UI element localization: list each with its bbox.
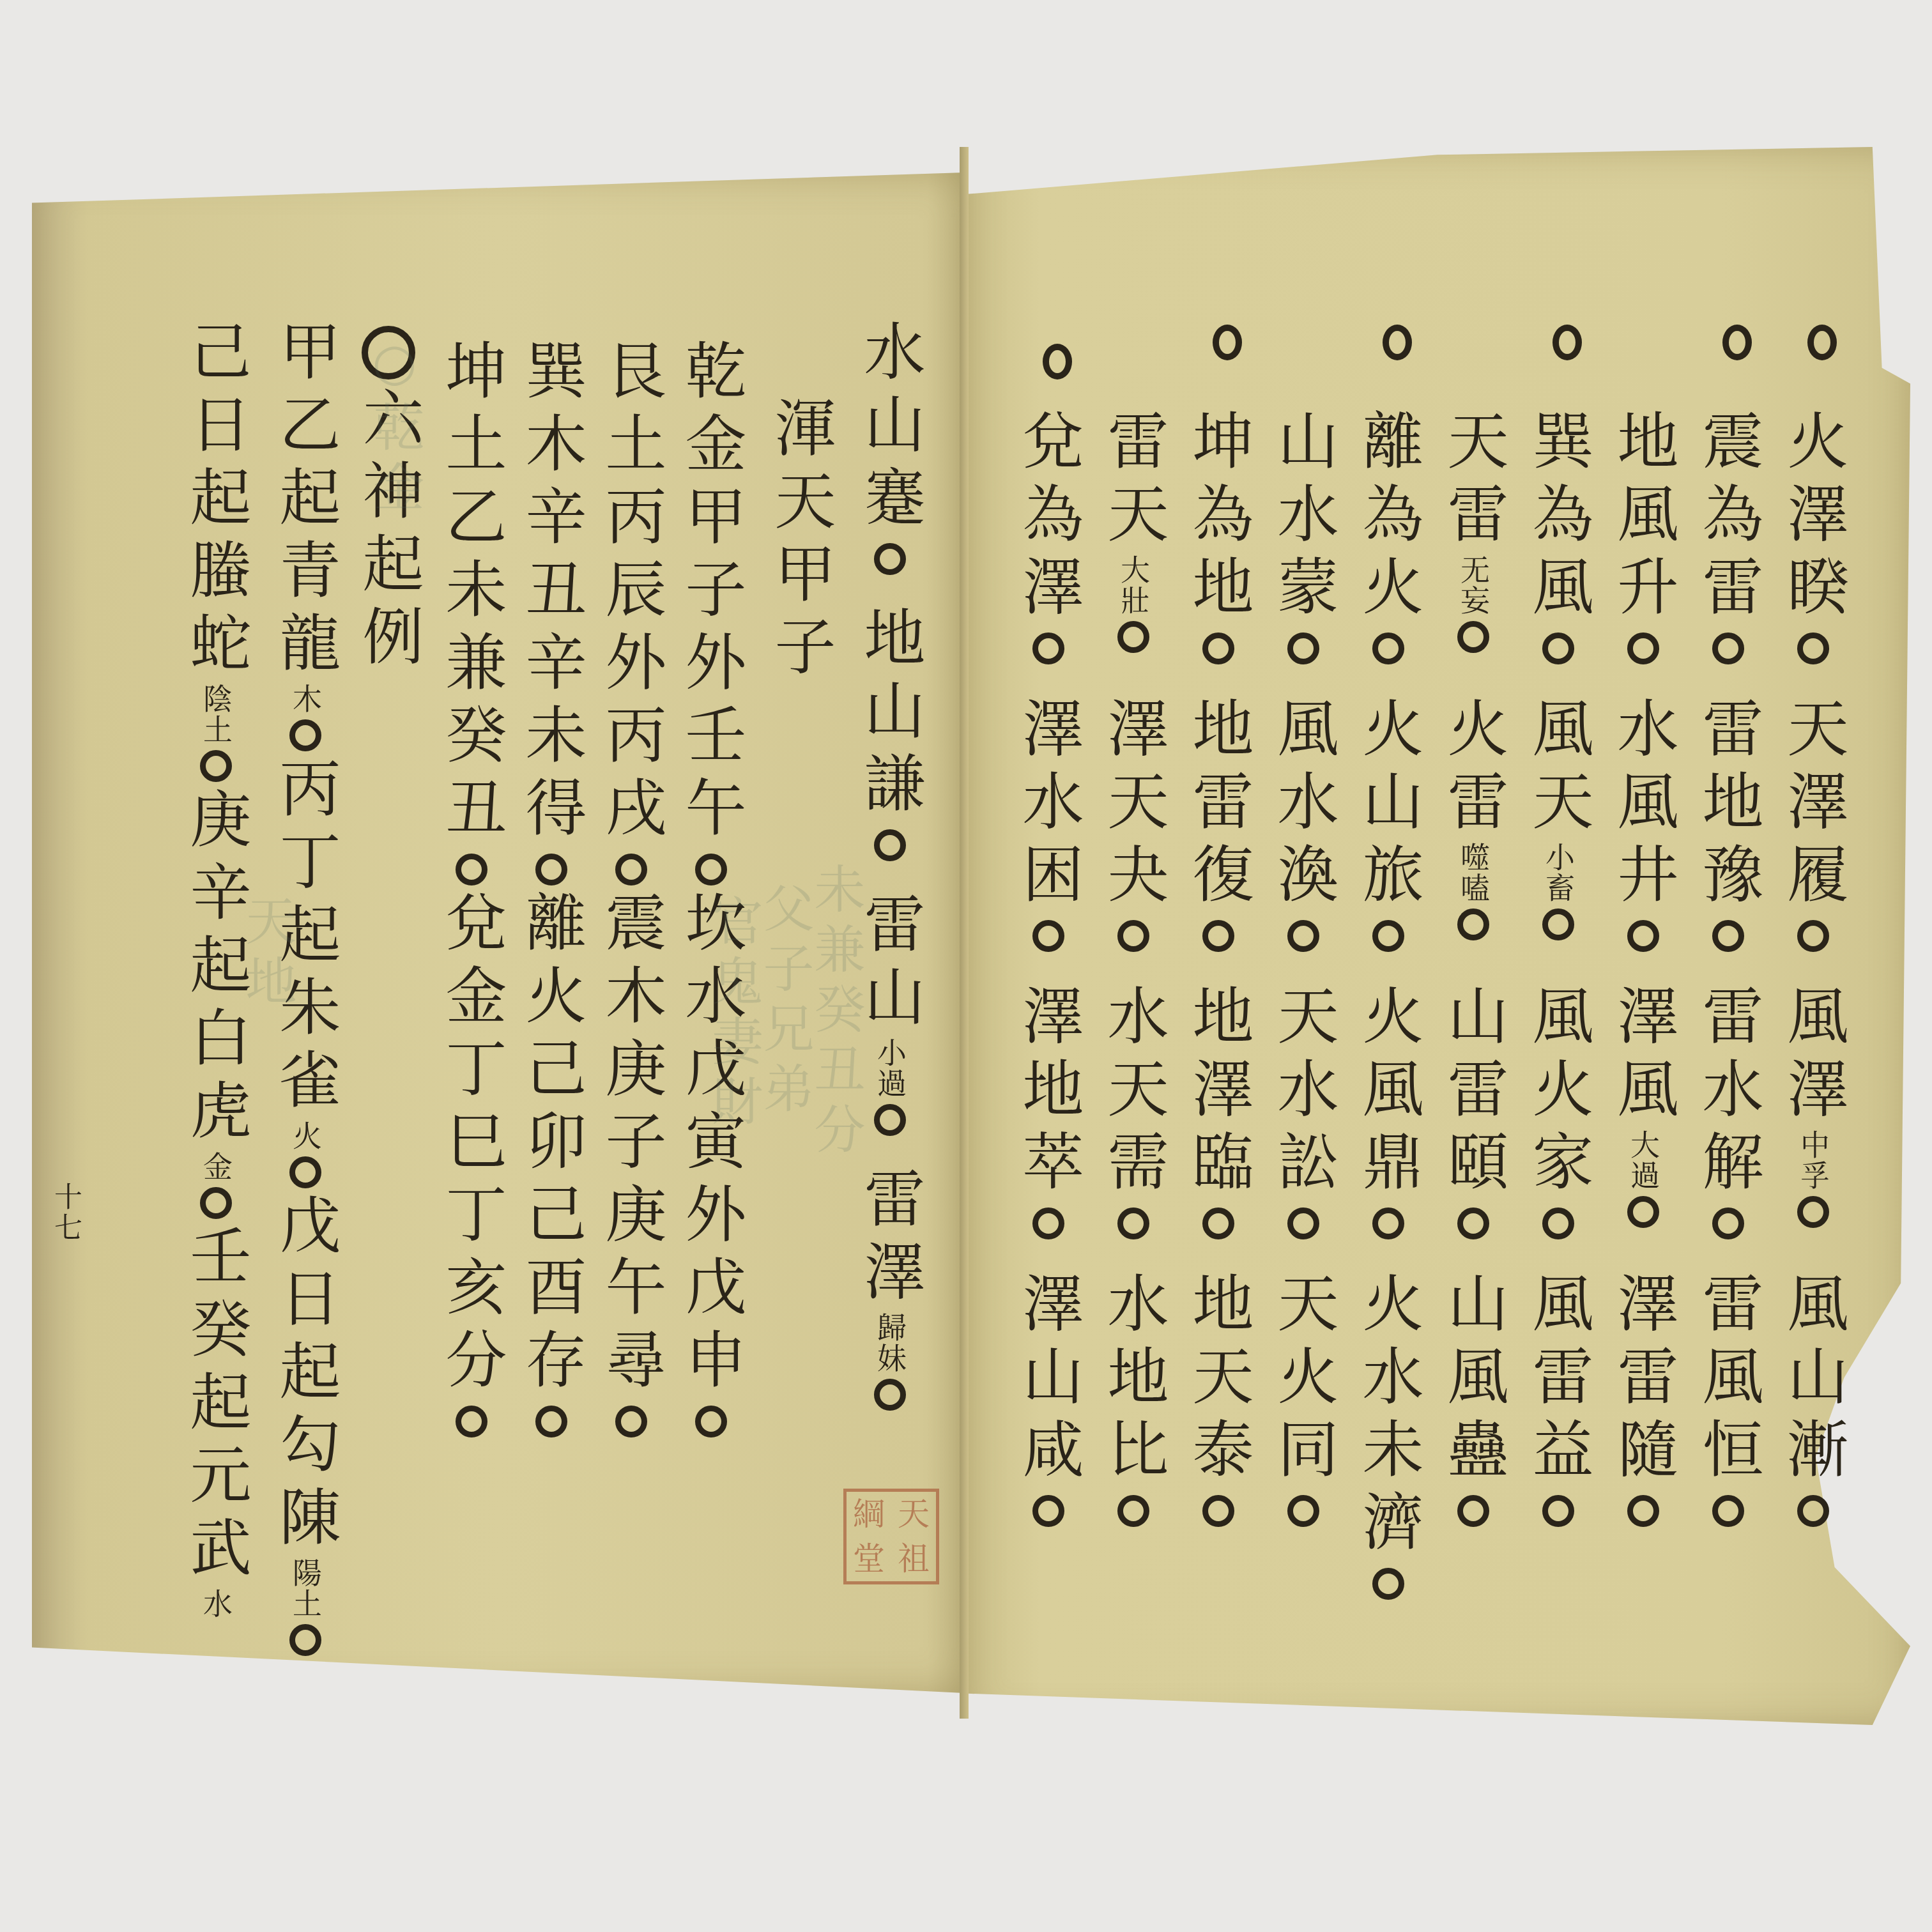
hexagram-small-annotation: 无妄 (1459, 555, 1488, 616)
circle-separator-icon (1712, 632, 1744, 664)
hexagram-entry: 雷天大壯 (1103, 409, 1164, 658)
seal-char: 綱 (847, 1492, 891, 1537)
small-annotation: 陽土 (291, 1558, 320, 1619)
hexagram-entry: 風水渙 (1273, 696, 1334, 957)
top-circle-mark (1027, 339, 1088, 385)
circle-separator-icon (289, 719, 321, 751)
seal-char: 祖 (891, 1537, 936, 1581)
circle-separator-icon (1117, 621, 1149, 653)
seal-char: 天 (891, 1492, 936, 1537)
hexagram-name: 坤為地 (1188, 409, 1249, 627)
hexagram-entry: 地雷復 (1188, 696, 1249, 957)
text-segment: 地山謙 (859, 606, 921, 824)
circle-separator-icon (535, 854, 567, 885)
text-segment: 己日起螣蛇 (185, 319, 247, 684)
circle-separator-icon (615, 854, 647, 885)
hexagram-entry: 風山漸 (1782, 1271, 1844, 1532)
hexagram-name: 火風鼎 (1358, 984, 1419, 1202)
text-segment: 巽木辛丑辛未得 (521, 339, 582, 848)
circle-separator-icon (1627, 1196, 1659, 1228)
bleed-through-ghost-text: ○乾金 (358, 332, 431, 521)
hexagram-small-annotation: 小畜 (1544, 842, 1573, 903)
hexagram-entry: 天雷无妄 (1443, 409, 1504, 658)
hexagram-name: 山水蒙 (1273, 409, 1334, 627)
hexagram-name: 火澤睽 (1782, 409, 1844, 627)
hexagram-small-annotation: 大壯 (1119, 555, 1148, 616)
hexagram-name: 天水訟 (1273, 984, 1334, 1202)
hexagram-name: 澤雷隨 (1613, 1271, 1674, 1490)
text-column: 巽木辛丑辛未得離火己卯己酉存 (521, 339, 582, 1443)
hexagram-name: 澤天夬 (1103, 696, 1164, 915)
hexagram-entry: 火山旅 (1358, 696, 1419, 957)
hexagram-entry: 風火家 (1528, 984, 1589, 1245)
small-annotation: 歸妹 (875, 1312, 905, 1374)
text-segment: 坤土乙未兼癸丑 (441, 339, 502, 848)
text-segment: 艮土丙辰外丙戌 (601, 339, 662, 848)
hexagram-entry: 地風升 (1613, 409, 1674, 670)
text-segment: 水山蹇 (859, 319, 921, 538)
hexagram-entry: 山水蒙 (1273, 409, 1334, 670)
hexagram-entry: 火水未濟 (1358, 1271, 1419, 1605)
hexagram-name: 天雷 (1443, 409, 1504, 555)
red-seal-stamp: 綱 天 堂 祖 (843, 1489, 939, 1584)
circle-separator-icon (1797, 1495, 1829, 1527)
hexagram-name: 雷水解 (1698, 984, 1759, 1202)
circle-separator-icon (1712, 1207, 1744, 1239)
text-column: 渾天甲子 (770, 396, 831, 687)
top-circle-mark (1367, 319, 1428, 365)
hexagram-entry: 火風鼎 (1358, 984, 1419, 1245)
circle-separator-icon (1032, 632, 1064, 664)
hexagram-entry: 地澤臨 (1188, 984, 1249, 1245)
circle-separator-icon (535, 1406, 567, 1437)
hexagram-entry: 山風蠱 (1443, 1271, 1504, 1532)
circle-separator-icon (1372, 920, 1404, 952)
circle-mark-icon (1552, 325, 1582, 360)
hexagram-entry: 震為雷 (1698, 409, 1759, 670)
hexagram-name: 震為雷 (1698, 409, 1759, 627)
hexagram-name: 地天泰 (1188, 1271, 1249, 1490)
circle-separator-icon (1457, 1207, 1489, 1239)
seal-char: 堂 (847, 1537, 891, 1581)
hexagram-name: 火水未濟 (1358, 1271, 1419, 1563)
hexagram-name: 離為火 (1358, 409, 1419, 627)
hexagram-name: 澤地萃 (1018, 984, 1079, 1202)
hexagram-name: 雷地豫 (1698, 696, 1759, 915)
circle-separator-icon (1287, 920, 1319, 952)
circle-separator-icon (1542, 1495, 1574, 1527)
text-segment: 雷澤 (859, 1167, 921, 1312)
text-column: 坤土乙未兼癸丑兌金丁巳丁亥分 (441, 339, 502, 1443)
circle-separator-icon (874, 1104, 906, 1136)
circle-separator-icon (289, 1624, 321, 1656)
hexagram-entry: 風澤中孚 (1782, 984, 1844, 1233)
hexagram-name: 地風升 (1613, 409, 1674, 627)
top-circle-mark (1706, 319, 1768, 365)
small-annotation: 木 (291, 684, 320, 714)
text-segment: 戊日起勾陳 (275, 1193, 336, 1558)
hexagram-entry: 澤風大過 (1613, 984, 1674, 1233)
circle-separator-icon (1032, 1495, 1064, 1527)
text-segment: 乾金甲子外壬午 (680, 339, 742, 848)
circle-mark-icon (1043, 344, 1072, 379)
circle-separator-icon (874, 829, 906, 861)
circle-separator-icon (456, 854, 487, 885)
circle-separator-icon (615, 1406, 647, 1437)
hexagram-entry: 雷風恒 (1698, 1271, 1759, 1532)
hexagram-entry: 澤山咸 (1018, 1271, 1079, 1532)
hexagram-name: 巽為風 (1528, 409, 1589, 627)
hexagram-entry: 地天泰 (1188, 1271, 1249, 1532)
circle-separator-icon (1627, 632, 1659, 664)
hexagram-entry: 天水訟 (1273, 984, 1334, 1245)
hexagram-entry: 山雷頤 (1443, 984, 1504, 1245)
circle-separator-icon (1372, 1207, 1404, 1239)
text-segment: 壬癸起元武 (185, 1224, 247, 1588)
small-annotation: 陰土 (201, 684, 231, 745)
hexagram-name: 地雷復 (1188, 696, 1249, 915)
circle-separator-icon (1372, 632, 1404, 664)
page-number: 十七 (45, 1182, 86, 1243)
hexagram-name: 澤水困 (1018, 696, 1079, 915)
hexagram-small-annotation: 大過 (1629, 1130, 1658, 1191)
hexagram-entry: 巽為風 (1528, 409, 1589, 670)
hexagram-entry: 風雷益 (1528, 1271, 1589, 1532)
text-segment: 渾天甲子 (770, 396, 831, 687)
book-spine-fold (960, 147, 969, 1719)
hexagram-entry: 坤為地 (1188, 409, 1249, 670)
text-column: 艮土丙辰外丙戌震木庚子庚午尋 (601, 339, 662, 1443)
hexagram-name: 水風井 (1613, 696, 1674, 915)
hexagram-entry: 雷地豫 (1698, 696, 1759, 957)
hexagram-name: 澤風 (1613, 984, 1674, 1130)
hexagram-entry: 澤地萃 (1018, 984, 1079, 1245)
hexagram-entry: 雷水解 (1698, 984, 1759, 1245)
text-segment: 震木庚子庚午尋 (601, 891, 662, 1400)
bleed-through-ghost-text: 天地 (230, 894, 303, 1015)
hexagram-entry: 風天小畜 (1528, 696, 1589, 946)
hexagram-name: 山風蠱 (1443, 1271, 1504, 1490)
hexagram-name: 地澤臨 (1188, 984, 1249, 1202)
hexagram-entry: 天澤履 (1782, 696, 1844, 957)
circle-separator-icon (1542, 1207, 1574, 1239)
circle-separator-icon (200, 1187, 232, 1219)
text-segment: 離火己卯己酉存 (521, 891, 582, 1400)
circle-mark-icon (1722, 325, 1752, 360)
hexagram-entry: 水風井 (1613, 696, 1674, 957)
top-circle-mark (1537, 319, 1598, 365)
circle-mark-icon (1807, 325, 1837, 360)
hexagram-name: 風水渙 (1273, 696, 1334, 915)
bleed-through-ghost-text: 官鬼妻財 (696, 894, 770, 1135)
hexagram-name: 天火同 (1273, 1271, 1334, 1490)
small-annotation: 小過 (875, 1038, 905, 1099)
circle-separator-icon (1117, 1207, 1149, 1239)
hexagram-entry: 澤雷隨 (1613, 1271, 1674, 1532)
hexagram-name: 雷風恒 (1698, 1271, 1759, 1490)
circle-separator-icon (456, 1406, 487, 1437)
circle-separator-icon (1797, 632, 1829, 664)
circle-separator-icon (1457, 1495, 1489, 1527)
hexagram-small-annotation: 噬嗑 (1459, 842, 1488, 903)
hexagram-entry: 離為火 (1358, 409, 1419, 670)
circle-separator-icon (1202, 1207, 1234, 1239)
hexagram-entry: 澤水困 (1018, 696, 1079, 957)
circle-separator-icon (695, 854, 727, 885)
circle-separator-icon (1457, 621, 1489, 653)
hexagram-entry: 澤天夬 (1103, 696, 1164, 957)
hexagram-name: 風山漸 (1782, 1271, 1844, 1490)
hexagram-name: 兌為澤 (1018, 409, 1079, 627)
circle-separator-icon (1202, 920, 1234, 952)
hexagram-small-annotation: 中孚 (1798, 1130, 1828, 1191)
circle-separator-icon (1372, 1568, 1404, 1600)
small-annotation: 金 (201, 1151, 231, 1182)
hexagram-name: 風雷益 (1528, 1271, 1589, 1490)
circle-mark-icon (1213, 325, 1242, 360)
circle-separator-icon (1032, 920, 1064, 952)
circle-separator-icon (1202, 632, 1234, 664)
circle-separator-icon (1117, 920, 1149, 952)
hexagram-name: 火雷 (1443, 696, 1504, 842)
circle-separator-icon (1712, 920, 1744, 952)
hexagram-name: 火山旅 (1358, 696, 1419, 915)
circle-separator-icon (874, 1379, 906, 1411)
hexagram-name: 風天 (1528, 696, 1589, 842)
circle-separator-icon (1287, 1495, 1319, 1527)
text-column: 乾金甲子外壬午坎水戊寅外戊申 (680, 339, 742, 1443)
circle-separator-icon (200, 750, 232, 782)
circle-separator-icon (1542, 632, 1574, 664)
hexagram-name: 風火家 (1528, 984, 1589, 1202)
circle-separator-icon (289, 1156, 321, 1188)
hexagram-name: 澤山咸 (1018, 1271, 1079, 1490)
circle-separator-icon (1627, 920, 1659, 952)
hexagram-entry: 火雷噬嗑 (1443, 696, 1504, 946)
small-annotation: 水 (201, 1588, 231, 1619)
circle-separator-icon (1287, 1207, 1319, 1239)
circle-separator-icon (1287, 632, 1319, 664)
circle-separator-icon (1627, 1495, 1659, 1527)
hexagram-entry: 兌為澤 (1018, 409, 1079, 670)
hexagram-entry: 水天需 (1103, 984, 1164, 1245)
circle-separator-icon (1797, 1196, 1829, 1228)
hexagram-name: 天澤履 (1782, 696, 1844, 915)
text-segment: 甲乙起青龍 (275, 319, 336, 684)
small-annotation: 火 (291, 1121, 320, 1151)
circle-separator-icon (874, 543, 906, 575)
hexagram-name: 雷天 (1103, 409, 1164, 555)
circle-separator-icon (1117, 1495, 1149, 1527)
hexagram-name: 水地比 (1103, 1271, 1164, 1490)
top-circle-mark (1791, 319, 1853, 365)
circle-mark-icon (1383, 325, 1412, 360)
hexagram-name: 山雷頤 (1443, 984, 1504, 1202)
circle-separator-icon (1797, 920, 1829, 952)
circle-separator-icon (1202, 1495, 1234, 1527)
hexagram-entry: 水地比 (1103, 1271, 1164, 1532)
circle-separator-icon (695, 1406, 727, 1437)
text-segment: 兌金丁巳丁亥分 (441, 891, 502, 1400)
hexagram-entry: 天火同 (1273, 1271, 1334, 1532)
circle-separator-icon (1542, 908, 1574, 940)
hexagram-entry: 火澤睽 (1782, 409, 1844, 670)
circle-separator-icon (1457, 908, 1489, 940)
top-circle-mark (1197, 319, 1258, 365)
circle-separator-icon (1712, 1495, 1744, 1527)
circle-separator-icon (1032, 1207, 1064, 1239)
hexagram-name: 水天需 (1103, 984, 1164, 1202)
hexagram-name: 風澤 (1782, 984, 1844, 1130)
